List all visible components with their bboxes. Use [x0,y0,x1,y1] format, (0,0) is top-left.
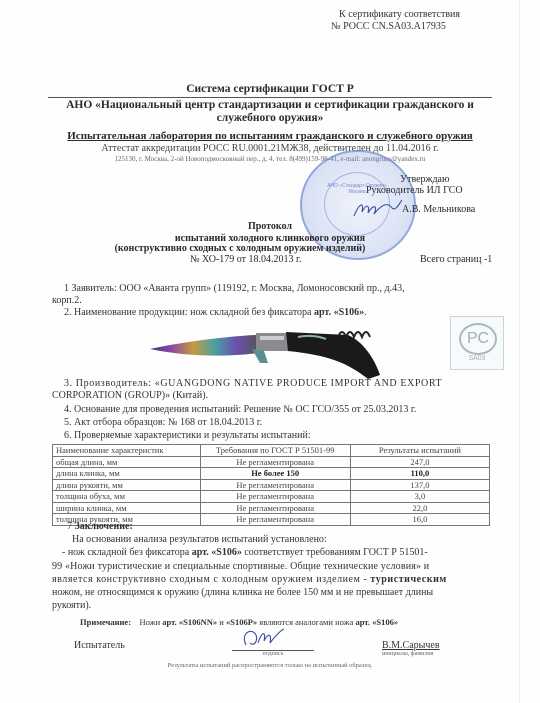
item-product: 2. Наименование продукции: нож складной … [64,307,367,318]
note-label: Примечание: [80,617,131,627]
item-sampling: 5. Акт отбора образцов: № 168 от 18.04.2… [64,417,262,428]
address: 125130, г. Москва, 2-ой Новоподмосковный… [0,155,540,163]
cert-ref-line1: К сертификату соответствия [331,9,460,21]
item-basis: 4. Основание для проведения испытаний: Р… [64,404,416,415]
protocol-title: Протокол [0,221,540,232]
conclusion-article: арт. «S106» [192,547,242,558]
requirement-cell: Не регламентирована [200,456,350,468]
item-checked: 6. Проверяемые характеристики и результа… [64,430,311,441]
tester-signature-icon [238,625,288,651]
conclusion-line-4: ножом, не относящимся к оружию (длина кл… [52,587,433,598]
characteristic-name: толщина обуха, мм [53,491,201,503]
column-header: Требования по ГОСТ Р 51501-99 [200,445,350,457]
protocol-subtitle-2: (конструктивно сходных с холодным оружие… [0,243,510,254]
rst-certification-mark: РС SA03 [450,316,504,370]
note-text: Ножи [140,617,163,627]
page-count: Всего страниц -1 [420,254,492,265]
requirement-cell: Не регламентирована [200,479,350,491]
table-row: толщина обуха, ммНе регламентирована3,0 [53,491,490,503]
characteristic-name: длина клинка, мм [53,468,201,480]
conclusion-number: 7 [67,521,75,532]
requirement-cell: Не регламентирована [200,491,350,503]
protocol-number: № ХО-179 от 18.04.2013 г. [190,254,302,265]
conclusion-text: соответствует требованиям ГОСТ Р 51501- [242,547,428,558]
footer-disclaimer: Результаты испытаний распространяются то… [0,662,540,669]
page-edge [519,0,520,703]
requirement-cell: Не регламентирована [200,502,350,514]
requirement-cell: Не регламентирована [200,514,350,526]
table-row: общая длина, ммНе регламентирована247,0 [53,456,490,468]
characteristic-name: общая длина, мм [53,456,201,468]
certificate-page: К сертификату соответствия № РОСС CN.SA0… [0,0,540,703]
product-suffix: . [364,307,367,318]
conclusion-line-2: 99 «Ножи туристические и специальные спо… [52,561,429,572]
approver-name: А.В. Мельникова [402,204,475,215]
certificate-reference: К сертификату соответствия № РОСС CN.SA0… [331,9,460,33]
characteristic-name: ширина клинка, мм [53,502,201,514]
column-header: Результаты испытаний [350,445,489,457]
table-row: длина клинка, ммНе более 150110,0 [53,468,490,480]
conclusion-line-1: - нож складной без фиксатора арт. «S106»… [62,547,428,558]
conclusion-title: Заключение: [75,521,133,532]
laboratory-name: Испытательная лаборатория по испытаниям … [0,130,540,142]
result-cell: 110,0 [350,468,489,480]
result-cell: 16,0 [350,514,489,526]
knife-image [148,327,388,383]
item-manufacturer: 3. Производитель: «GUANGDONG NATIVE PROD… [64,378,442,389]
conclusion-text: - нож складной без фиксатора [62,547,192,558]
system-title: Система сертификации ГОСТ Р [0,83,540,95]
result-cell: 247,0 [350,456,489,468]
conclusion-heading: 7 Заключение: [67,521,133,532]
note-article: арт. «S106» [355,617,398,627]
table-row: ширина клинка, ммНе регламентирована22,0 [53,502,490,514]
column-header: Наименование характеристик [53,445,201,457]
tester-name: В.М.Сарычев [382,640,440,651]
conclusion-text: является конструктивно сходным с холодны… [52,574,370,585]
note-article: арт. «S106NN» [162,617,217,627]
table-header-row: Наименование характеристикТребования по … [53,445,490,457]
conclusion-intro: На основании анализа результатов испытан… [72,534,327,545]
product-article: арт. «S106» [314,307,364,318]
requirement-cell: Не более 150 [200,468,350,480]
title-divider [48,97,492,98]
conclusion-tourist: туристическим [370,574,446,585]
item-manufacturer-cont: CORPORATION (GROUP)» (Китай). [52,390,208,401]
conclusion-line-5: рукояти). [52,600,91,611]
table-row: длина рукояти, ммНе регламентирована137,… [53,479,490,491]
characteristic-name: длина рукояти, мм [53,479,201,491]
result-cell: 3,0 [350,491,489,503]
note-text: и [217,617,226,627]
rst-logo-icon: РС [459,323,497,355]
result-cell: 22,0 [350,502,489,514]
item-applicant: 1 Заявитель: ООО «Аванта групп» (119192,… [64,283,405,294]
item-applicant-cont: корп.2. [52,295,82,306]
results-table: Наименование характеристикТребования по … [52,444,490,526]
tester-label: Испытатель [74,640,125,651]
conclusion-line-3: является конструктивно сходным с холодны… [52,574,447,585]
product-label: 2. Наименование продукции: нож складной … [64,307,314,318]
approval-role: Руководитель ИЛ ГСО [366,185,463,196]
approver-signature-icon [352,198,404,220]
tester-name-caption: инициалы, фамилия [382,651,433,657]
rst-code: SA03 [451,355,503,362]
accreditation: Аттестат аккредитации РОСС RU.0001.21МЖ3… [0,143,540,154]
result-cell: 137,0 [350,479,489,491]
organization-name: АНО «Национальный центр стандартизации и… [40,99,500,125]
cert-ref-line2: № РОСС CN.SA03.A17935 [331,21,460,33]
signature-caption: подпись [232,651,314,657]
